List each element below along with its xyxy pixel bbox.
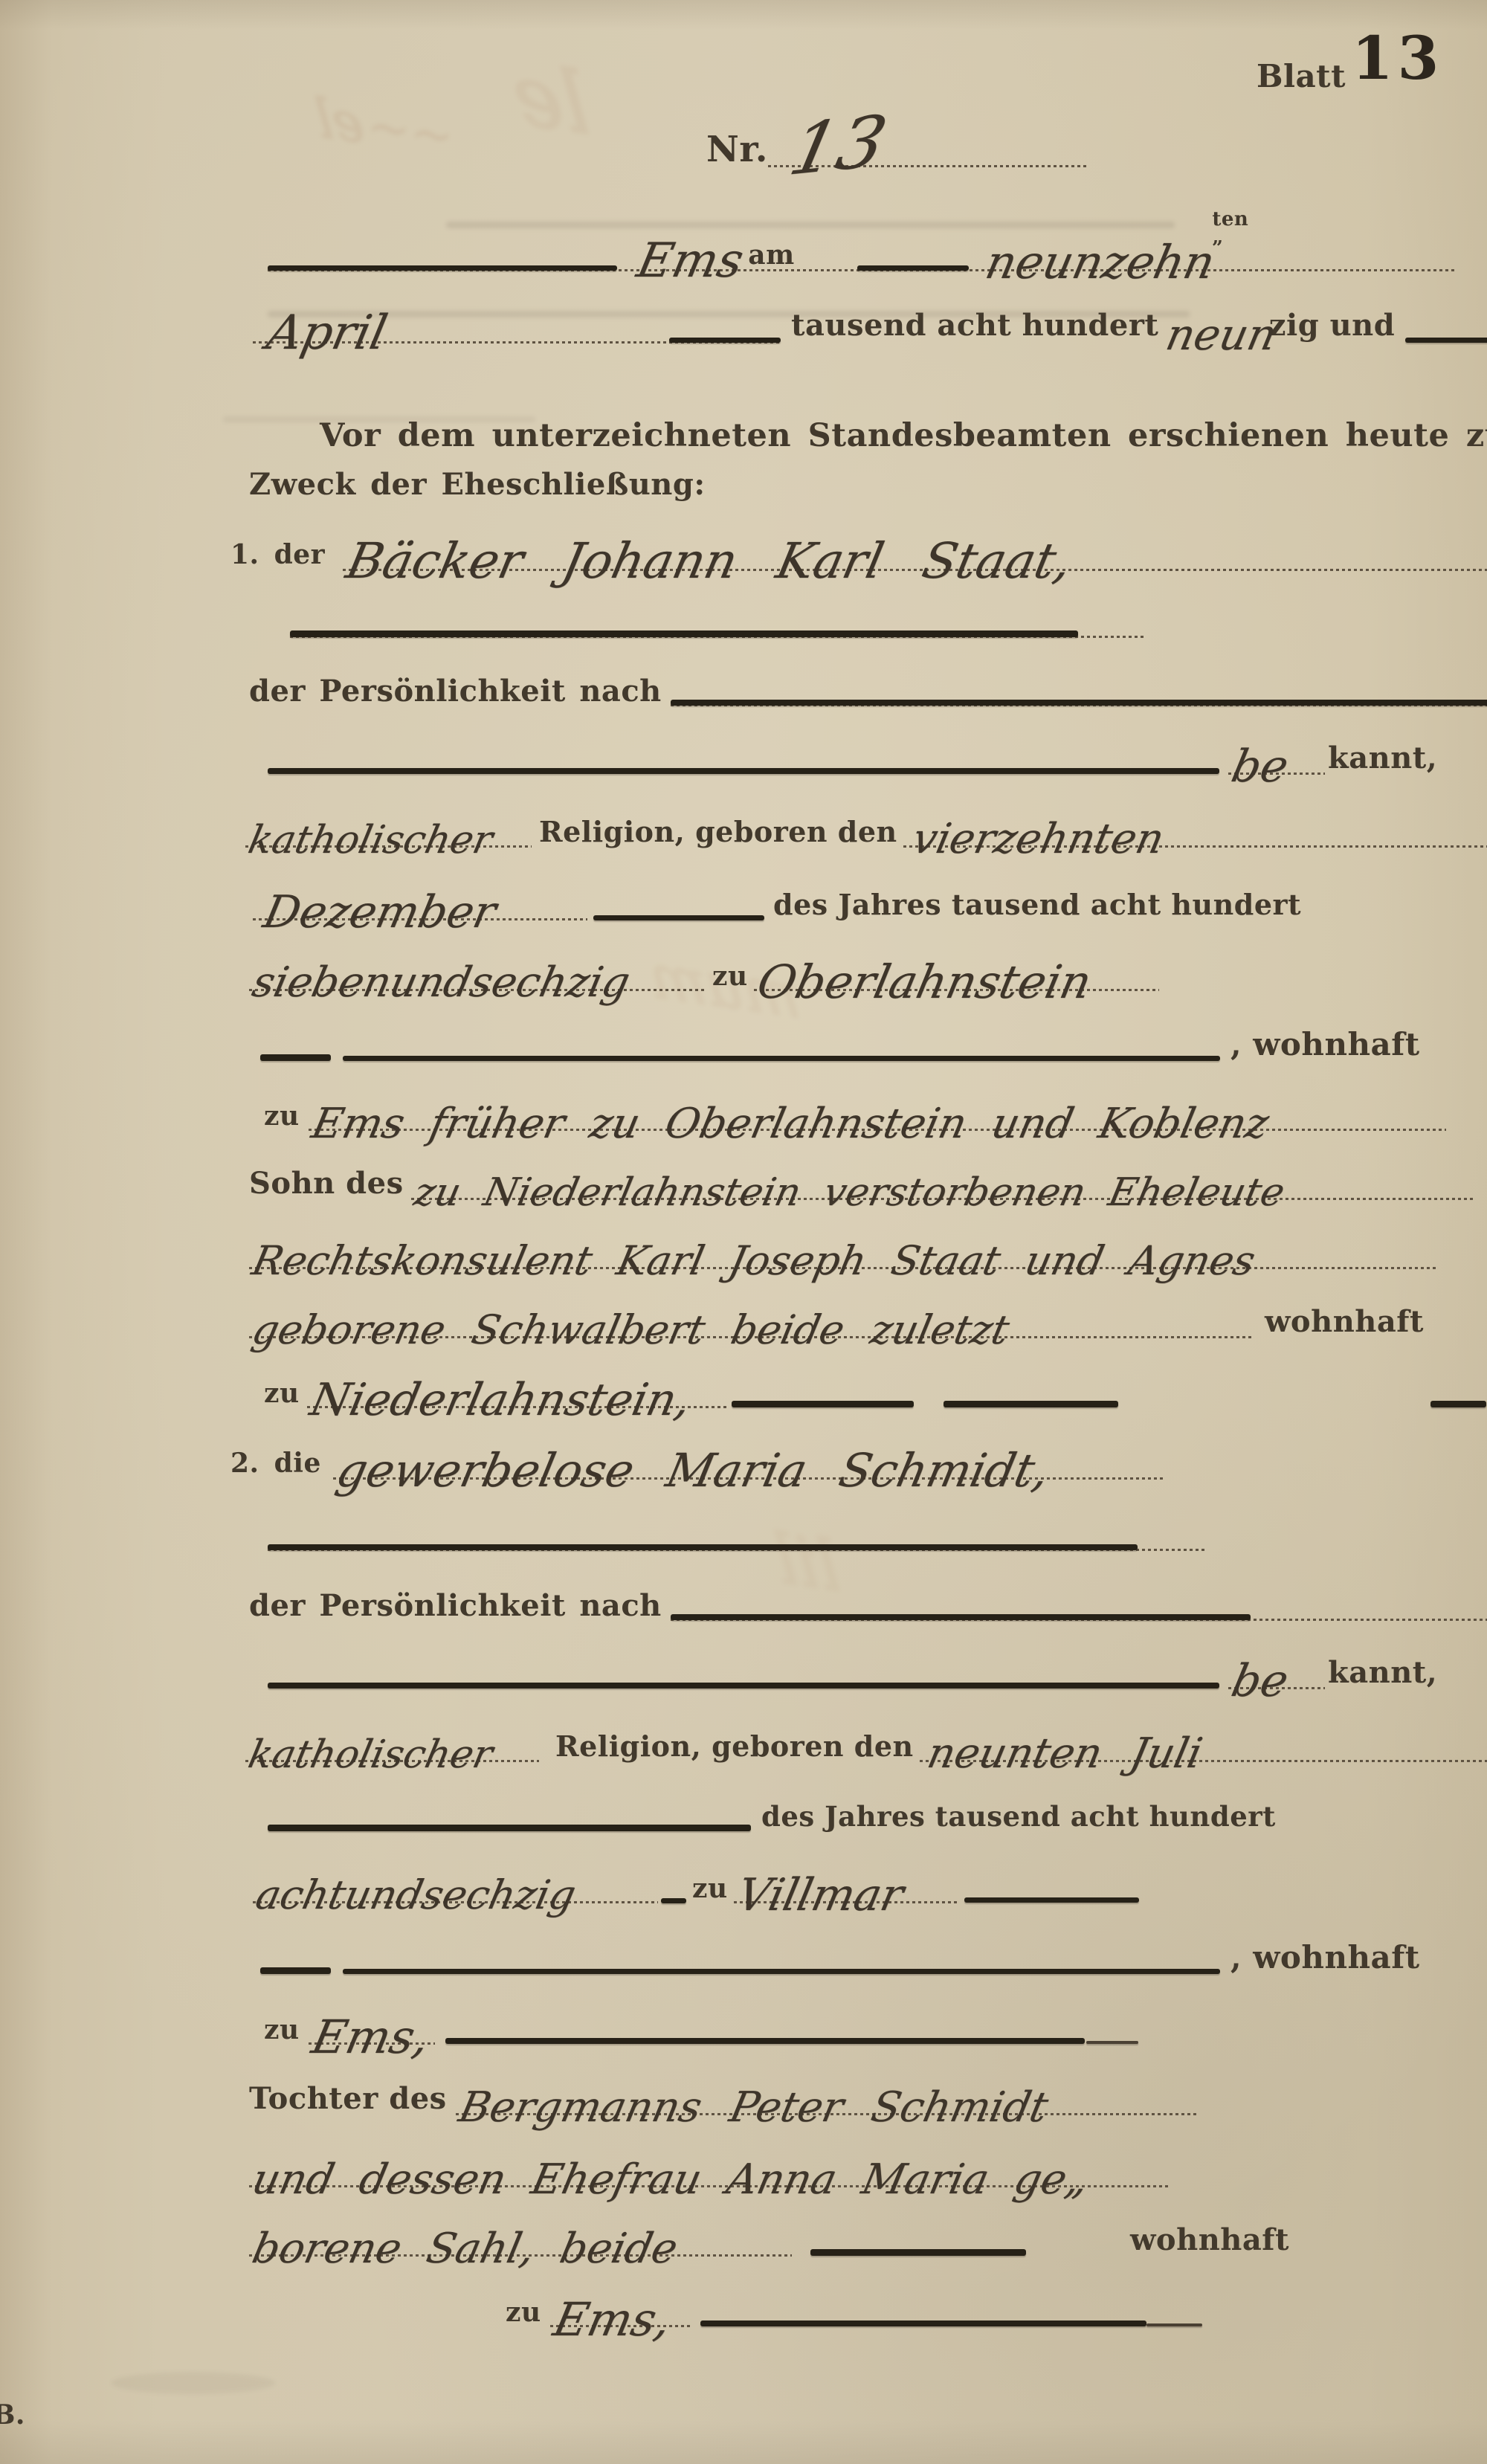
- ink-bleed-ghost: ∽∽𝑒𝑙: [316, 88, 458, 167]
- ink-strike: [669, 338, 781, 343]
- zu-label: zu: [264, 1380, 300, 1407]
- groom-known-line: be kannt,: [268, 744, 1437, 775]
- bride-known-line: be kannt,: [268, 1658, 1437, 1689]
- place-value: Ems: [633, 240, 746, 283]
- birth-place-value: Villmar: [734, 1875, 907, 1915]
- wohnhaft-label: wohnhaft: [1265, 1307, 1424, 1337]
- date-place-line: Ems am neunzehn ten „: [268, 211, 1457, 271]
- religion-printed: Religion, geboren den: [539, 818, 897, 846]
- ink-strike: [593, 915, 764, 920]
- birth-year-value: siebenundsechzig: [249, 964, 633, 1002]
- bride-parents-line1: Tochter des Bergmanns Peter Schmidt: [249, 2084, 1199, 2115]
- date-month-line: April tausend acht hundert neun zig und: [253, 311, 1487, 344]
- bride-residence-line: zu Ems,: [264, 2016, 1138, 2045]
- ink-strike: [944, 1401, 1118, 1407]
- zu-label: zu: [506, 2299, 541, 2326]
- am-label: am: [748, 242, 794, 268]
- ink-strike: [260, 1967, 331, 1974]
- wohnhaft-label: , wohnhaft: [1230, 1029, 1420, 1060]
- marriage-register-scan: ∽∽𝑒𝑙 𝑙𝑒 𝑚𝑢𝑚 𝑙𝑖𝑙 Blatt 13 Nr. 13 Ems am n…: [0, 0, 1487, 2464]
- bride-wohnhaft-line: , wohnhaft: [260, 1942, 1420, 1975]
- groom-name-value: Bäcker Johann Karl Staat,: [343, 539, 1075, 583]
- ink-bleed-ghost: 𝑙𝑒: [515, 48, 601, 153]
- residence-value: Ems früher zu Oberlahnstein und Koblenz: [309, 1106, 1272, 1143]
- birth-year-printed: des Jahres tausend acht hundert: [761, 1803, 1276, 1831]
- birth-place-value: Oberlahnstein: [754, 961, 1095, 1003]
- birth-month-value: Dezember: [260, 892, 500, 932]
- zu-label: zu: [712, 963, 748, 990]
- bride-article: die: [274, 1450, 321, 1477]
- birth-year-value: achtundsechzig: [253, 1877, 578, 1914]
- groom-birth-year-place-line: siebenundsechzig zu Oberlahnstein: [249, 961, 1159, 991]
- parent-label: Tochter des: [249, 2084, 447, 2114]
- ink-strike: [343, 1969, 1220, 1974]
- ink-strike: [343, 1056, 1220, 1061]
- religion-value: katholischer: [245, 823, 495, 858]
- sheet-label: Blatt: [1257, 61, 1346, 92]
- groom-parents-residence-line: zu Niederlahnstein,: [264, 1380, 1486, 1408]
- ink-strike: [290, 630, 1078, 637]
- ink-strike: [661, 1898, 686, 1903]
- groom-residence-line: zu Ems früher zu Oberlahnstein und Koble…: [264, 1103, 1446, 1131]
- month-value: April: [263, 312, 390, 355]
- identity-label: der Persönlichkeit nach: [249, 1591, 662, 1621]
- ink-strike: [268, 768, 1219, 774]
- ink-strike: [810, 2249, 1026, 2256]
- groom-birth-month-line: Dezember des Jahres tausend acht hundert: [253, 891, 1301, 920]
- groom-parents-line1: Sohn des zu Niederlahnstein verstorbenen…: [249, 1169, 1474, 1200]
- groom-wohnhaft-line: , wohnhaft: [260, 1029, 1420, 1062]
- bride-birth-year-printed-line: des Jahres tausend acht hundert: [268, 1803, 1276, 1832]
- wohnhaft-label: wohnhaft: [1130, 2225, 1289, 2255]
- day-value: neunzehn: [982, 242, 1219, 283]
- groom-parents-line2: Rechtskonsulent Karl Joseph Staat und Ag…: [249, 1243, 1439, 1269]
- bride-parents-line2: und dessen Ehefrau Anna Maria ge„: [249, 2161, 1171, 2187]
- ink-strike: [445, 2038, 1085, 2044]
- parents-line3-value: borene Sahl, beide: [249, 2231, 680, 2268]
- record-number-line: Nr. 13: [706, 118, 1088, 167]
- identity-label: der Persönlichkeit nach: [249, 677, 662, 706]
- zu-label: zu: [264, 2016, 300, 2043]
- ink-strike: [268, 1683, 1219, 1689]
- groom-name-line: 1. der Bäcker Johann Karl Staat,: [230, 539, 1487, 571]
- blank-inked-line: [268, 1544, 1204, 1551]
- birth-year-printed: des Jahres tausend acht hundert: [773, 891, 1301, 919]
- pencil-smudge: [112, 2372, 275, 2394]
- parents-line2-value: und dessen Ehefrau Anna Maria ge„: [249, 2161, 1091, 2199]
- parents-line2-value: Rechtskonsulent Karl Joseph Staat und Ag…: [249, 1243, 1258, 1280]
- known-handwritten: be: [1228, 746, 1291, 787]
- year-handwritten: neun: [1163, 315, 1280, 354]
- year-printed2: zig und: [1269, 311, 1395, 341]
- bride-name-line: 2. die gewerbelose Maria Schmidt,: [230, 1450, 1166, 1480]
- year-printed: tausend acht hundert: [791, 311, 1158, 341]
- footer-mark: B.: [0, 2402, 25, 2428]
- religion-printed: Religion, geboren den: [555, 1732, 914, 1761]
- ink-strike: [268, 1544, 1138, 1550]
- bride-identity-line: der Persönlichkeit nach: [249, 1591, 1487, 1621]
- known-printed: kannt,: [1328, 744, 1437, 773]
- parents-line1-value: Bergmanns Peter Schmidt: [456, 2089, 1051, 2126]
- groom-parents-line3: geborene Schwalbert beide zuletzt wohnha…: [249, 1307, 1424, 1338]
- groom-index: 1.: [230, 541, 259, 568]
- zu-label: zu: [692, 1875, 728, 1902]
- bride-name-value: gewerbelose Maria Schmidt,: [333, 1450, 1053, 1491]
- parents-residence-value: Niederlahnstein,: [307, 1380, 694, 1420]
- parents-residence-value: Ems,: [550, 2299, 674, 2341]
- sheet-number: 13: [1352, 28, 1443, 88]
- bride-religion-birth-line: katholischer Religion, geboren den neunt…: [245, 1732, 1487, 1762]
- parents-line1-value: zu Niederlahnstein verstorbenen Eheleute: [411, 1175, 1288, 1210]
- groom-religion-birth-line: katholischer Religion, geboren den vierz…: [245, 818, 1487, 848]
- ink-strike: [1086, 2041, 1138, 2044]
- ink-strike: [260, 1054, 331, 1061]
- ink-strike: [671, 1614, 1251, 1620]
- groom-identity-line: der Persönlichkeit nach: [249, 677, 1487, 706]
- ink-strike: [732, 1401, 914, 1407]
- ink-strike: [857, 265, 969, 271]
- bride-index: 2.: [230, 1450, 259, 1477]
- zu-label: zu: [264, 1103, 300, 1129]
- known-printed: kannt,: [1328, 1658, 1437, 1688]
- ink-strike: [671, 700, 1487, 706]
- ink-strike: [268, 265, 617, 271]
- blank-inked-line: [290, 630, 1145, 638]
- ink-strike: [964, 1897, 1139, 1903]
- registrar-preamble-line1: Vor dem unterzeichneten Standesbeamten e…: [320, 420, 1487, 452]
- birth-day-value: neunten Juli: [924, 1735, 1205, 1773]
- ink-strike: [268, 1825, 751, 1831]
- record-no-value: 13: [784, 109, 892, 182]
- known-handwritten: be: [1228, 1661, 1291, 1701]
- registrar-preamble-line2: Zweck der Eheschließung:: [249, 470, 706, 500]
- groom-article: der: [274, 541, 326, 568]
- ink-strike: [1430, 1401, 1486, 1407]
- record-no-label: Nr.: [706, 132, 768, 167]
- parents-line3-value: geborene Schwalbert beide zuletzt: [249, 1312, 1012, 1349]
- birth-day-value: vierzehnten: [909, 821, 1167, 858]
- bride-birth-year-place-line: achtundsechzig zu Villmar: [253, 1875, 1139, 1903]
- religion-value: katholischer: [245, 1738, 495, 1773]
- bride-parents-line3: borene Sahl, beide wohnhaft: [249, 2225, 1289, 2257]
- wohnhaft-label: , wohnhaft: [1230, 1942, 1420, 1973]
- ink-strike: [1405, 338, 1487, 343]
- residence-value: Ems,: [309, 2016, 433, 2058]
- ink-strike: [700, 2321, 1146, 2326]
- bride-parents-residence-line: zu Ems,: [506, 2299, 1202, 2327]
- ink-strike: [1146, 2323, 1202, 2326]
- parent-label: Sohn des: [249, 1169, 404, 1199]
